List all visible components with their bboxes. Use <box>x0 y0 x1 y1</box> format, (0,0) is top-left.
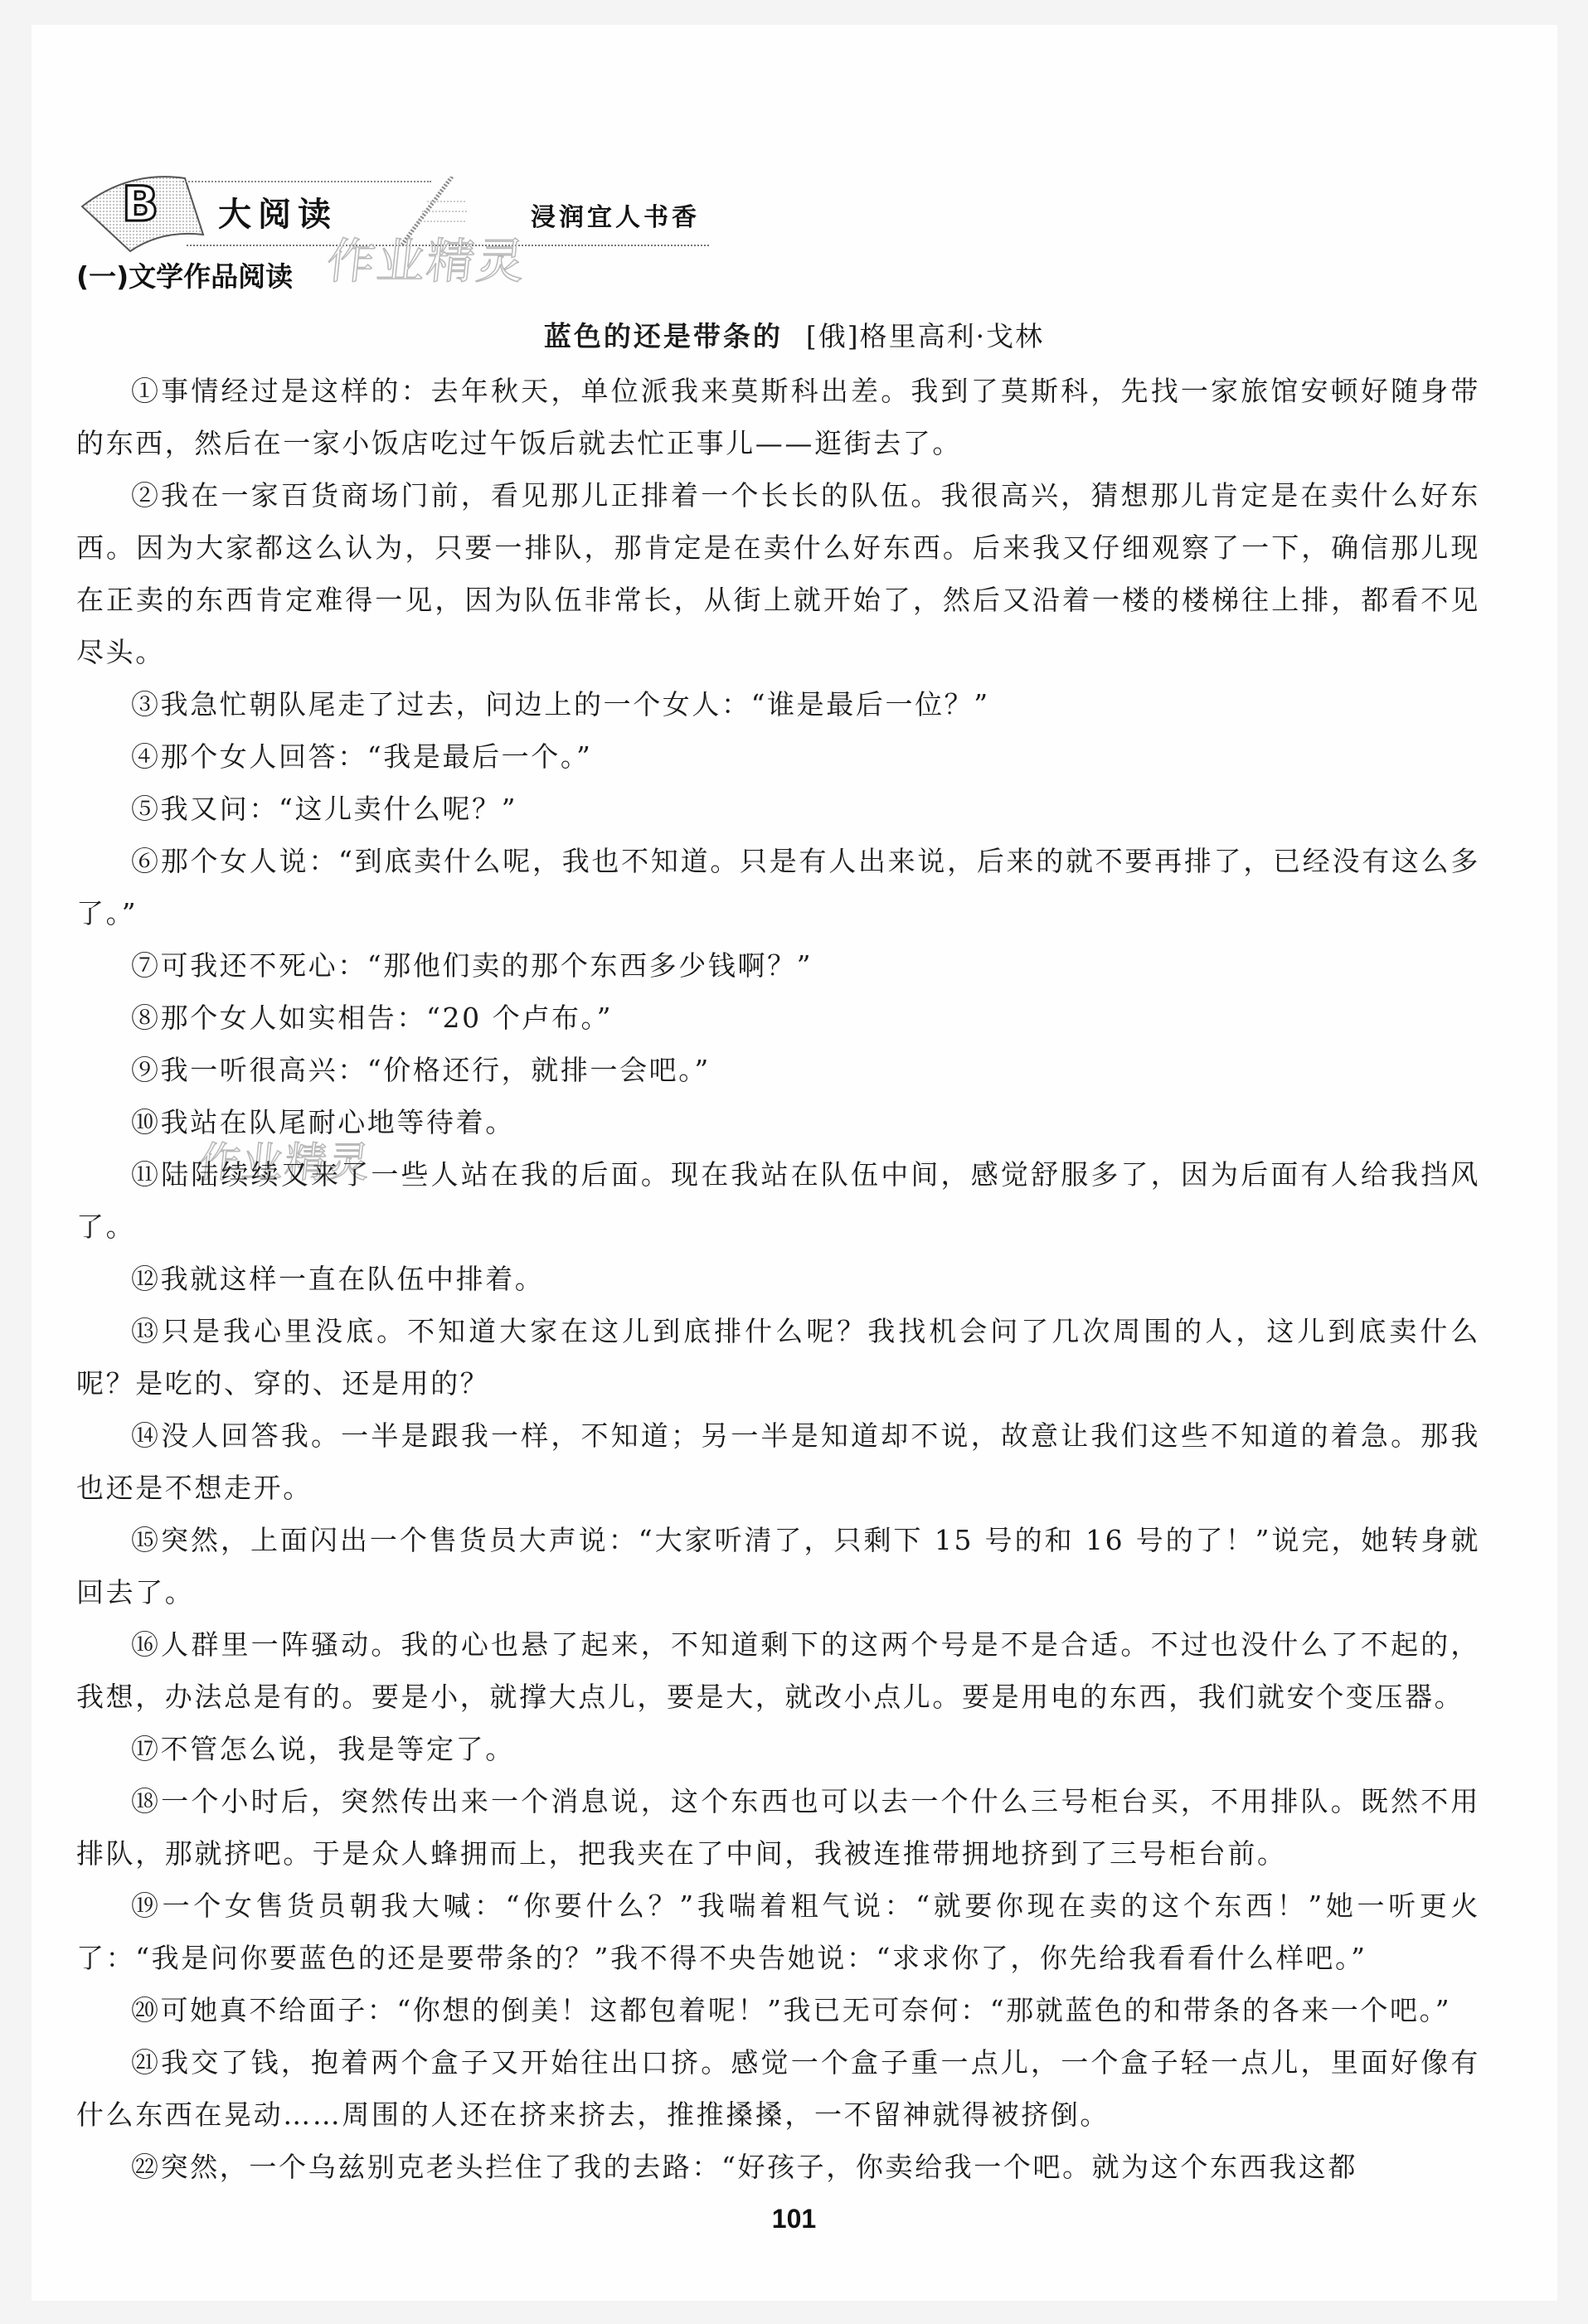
paragraph: ⑤我又问：“这儿卖什么呢？” <box>76 783 1480 835</box>
paragraph: ⑯人群里一阵骚动。我的心也悬了起来，不知道剩下的这两个号是不是合适。不过也没什么… <box>76 1618 1480 1723</box>
section-heading: (一)文学作品阅读 <box>76 255 293 294</box>
paragraph: ⑭没人回答我。一半是跟我一样，不知道；另一半是知道却不说，故意让我们这些不知道的… <box>76 1409 1480 1514</box>
paragraph: ④那个女人回答：“我是最后一个。” <box>76 730 1480 783</box>
page-number: 101 <box>0 2204 1588 2234</box>
paragraph: ⑬只是我心里没底。不知道大家在这儿到底排什么呢？我找机会问了几次周围的人，这儿到… <box>76 1305 1480 1409</box>
paragraph: ⑧那个女人如实相告：“20 个卢布。” <box>76 992 1480 1044</box>
paragraph: ㉒突然，一个乌兹别克老头拦住了我的去路：“好孩子，你卖给我一个吧。就为这个东西我… <box>76 2141 1480 2193</box>
paragraph: ⑮突然，上面闪出一个售货员大声说：“大家听清了，只剩下 15 号的和 16 号的… <box>76 1514 1480 1618</box>
paragraph: ②我在一家百货商场门前，看见那儿正排着一个长长的队伍。我很高兴，猜想那儿肯定是在… <box>76 469 1480 678</box>
paragraph: ㉑我交了钱，抱着两个盒子又开始往出口挤。感觉一个盒子重一点儿，一个盒子轻一点儿，… <box>76 2036 1480 2141</box>
paragraph: ⑥那个女人说：“到底卖什么呢，我也不知道。只是有人出来说，后来的就不要再排了，已… <box>76 835 1480 939</box>
paragraph: ⑦可我还不死心：“那他们卖的那个东西多少钱啊？” <box>76 939 1480 992</box>
banner-slogan: 浸润宜人书香 <box>531 196 700 233</box>
paragraph: ⑱一个小时后，突然传出来一个消息说，这个东西也可以去一个什么三号柜台买，不用排队… <box>76 1775 1480 1880</box>
article-body: ①事情经过是这样的：去年秋天，单位派我来莫斯科出差。我到了莫斯科，先找一家旅馆安… <box>76 365 1480 2193</box>
paragraph: ①事情经过是这样的：去年秋天，单位派我来莫斯科出差。我到了莫斯科，先找一家旅馆安… <box>76 365 1480 469</box>
paragraph: ⑲一个女售货员朝我大喊：“你要什么？”我喘着粗气说：“就要你现在卖的这个东西！”… <box>76 1880 1480 1984</box>
paragraph: ⑩我站在队尾耐心地等待着。 <box>76 1096 1480 1148</box>
paragraph: ③我急忙朝队尾走了过去，问边上的一个女人：“谁是最后一位？” <box>76 678 1480 730</box>
paragraph: ⑳可她真不给面子：“你想的倒美！这都包着呢！”我已无可奈何：“那就蓝色的和带条的… <box>76 1984 1480 2036</box>
article-title-line: 蓝色的还是带条的[俄]格里高利·戈林 <box>0 315 1588 354</box>
watermark: 作业精灵 <box>324 222 531 292</box>
paragraph: ⑪陆陆续续又来了一些人站在我的后面。现在我站在队伍中间，感觉舒服多了，因为后面有… <box>76 1148 1480 1253</box>
section-letter: B <box>122 180 158 228</box>
article-title: 蓝色的还是带条的 <box>544 320 783 352</box>
paragraph: ⑨我一听很高兴：“价格还行，就排一会吧。” <box>76 1044 1480 1096</box>
article-author: [俄]格里高利·戈林 <box>806 320 1044 352</box>
paragraph: ⑫我就这样一直在队伍中排着。 <box>76 1253 1480 1305</box>
paragraph: ⑰不管怎么说，我是等定了。 <box>76 1723 1480 1775</box>
banner-title: 大阅读 <box>218 188 338 235</box>
